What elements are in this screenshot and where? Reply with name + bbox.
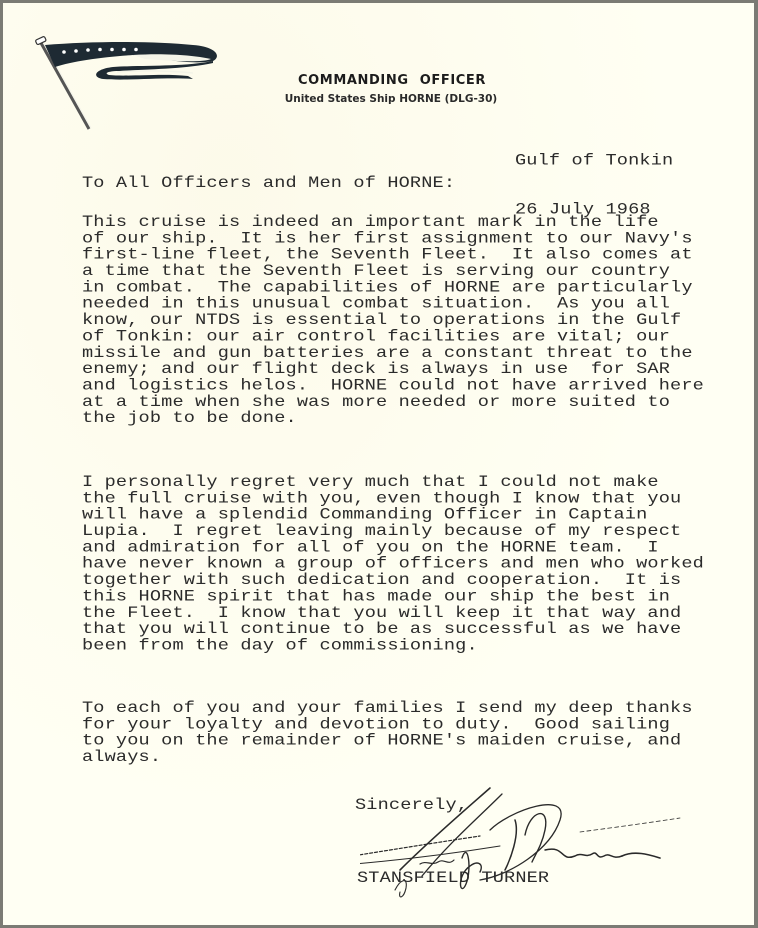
text-line: to you on the remainder of HORNE's maide… [82,733,693,749]
paragraph-1: This cruise is indeed an important mark … [82,214,704,426]
text-line: been from the day of commissioning. [82,637,704,653]
text-line: needed in this unusual combat situation.… [82,296,704,312]
text-line: enemy; and our flight deck is always in … [82,361,704,377]
text-line: This cruise is indeed an important mark … [82,214,704,230]
text-line: in combat. The capabilities of HORNE are… [82,279,704,295]
text-line: will have a splendid Commanding Officer … [82,507,704,523]
text-line: of Tonkin: our air control facilities ar… [82,328,704,344]
signer-name: STANSFIELD TURNER [357,870,549,886]
text-line: of our ship. It is her first assignment … [82,230,704,246]
text-line: always. [82,749,693,765]
text-line: have never known a group of officers and… [82,556,704,572]
text-line: the Fleet. I know that you will keep it … [82,605,704,621]
text-line: and logistics helos. HORNE could not hav… [82,377,704,393]
text-line: this HORNE spirit that has made our ship… [82,588,704,604]
text-line: and admiration for all of you on the HOR… [82,539,704,555]
text-line: the job to be done. [82,410,704,426]
salutation: To All Officers and Men of HORNE: [82,175,455,191]
text-line: a time that the Seventh Fleet is serving… [82,263,704,279]
text-line: Lupia. I regret leaving mainly because o… [82,523,704,539]
text-line: together with such dedication and cooper… [82,572,704,588]
letterhead-subtitle: United States Ship HORNE (DLG-30) [3,93,758,105]
text-line: that you will continue to be as successf… [82,621,704,637]
text-line: know, our NTDS is essential to operation… [82,312,704,328]
closing: Sincerely, [355,797,468,813]
text-line: at a time when she was more needed or mo… [82,394,704,410]
text-line: for your loyalty and devotion to duty. G… [82,716,693,732]
letterhead-title: COMMANDING OFFICER [3,73,758,88]
paragraph-3: To each of you and your families I send … [82,700,693,765]
text-line: To each of you and your families I send … [82,700,693,716]
place: Gulf of Tonkin [515,153,673,169]
text-line: first-line fleet, the Seventh Fleet. It … [82,247,704,263]
text-line: missile and gun batteries are a constant… [82,345,704,361]
text-line: the full cruise with you, even though I … [82,490,704,506]
text-line: I personally regret very much that I cou… [82,474,704,490]
paragraph-2: I personally regret very much that I cou… [82,474,704,654]
